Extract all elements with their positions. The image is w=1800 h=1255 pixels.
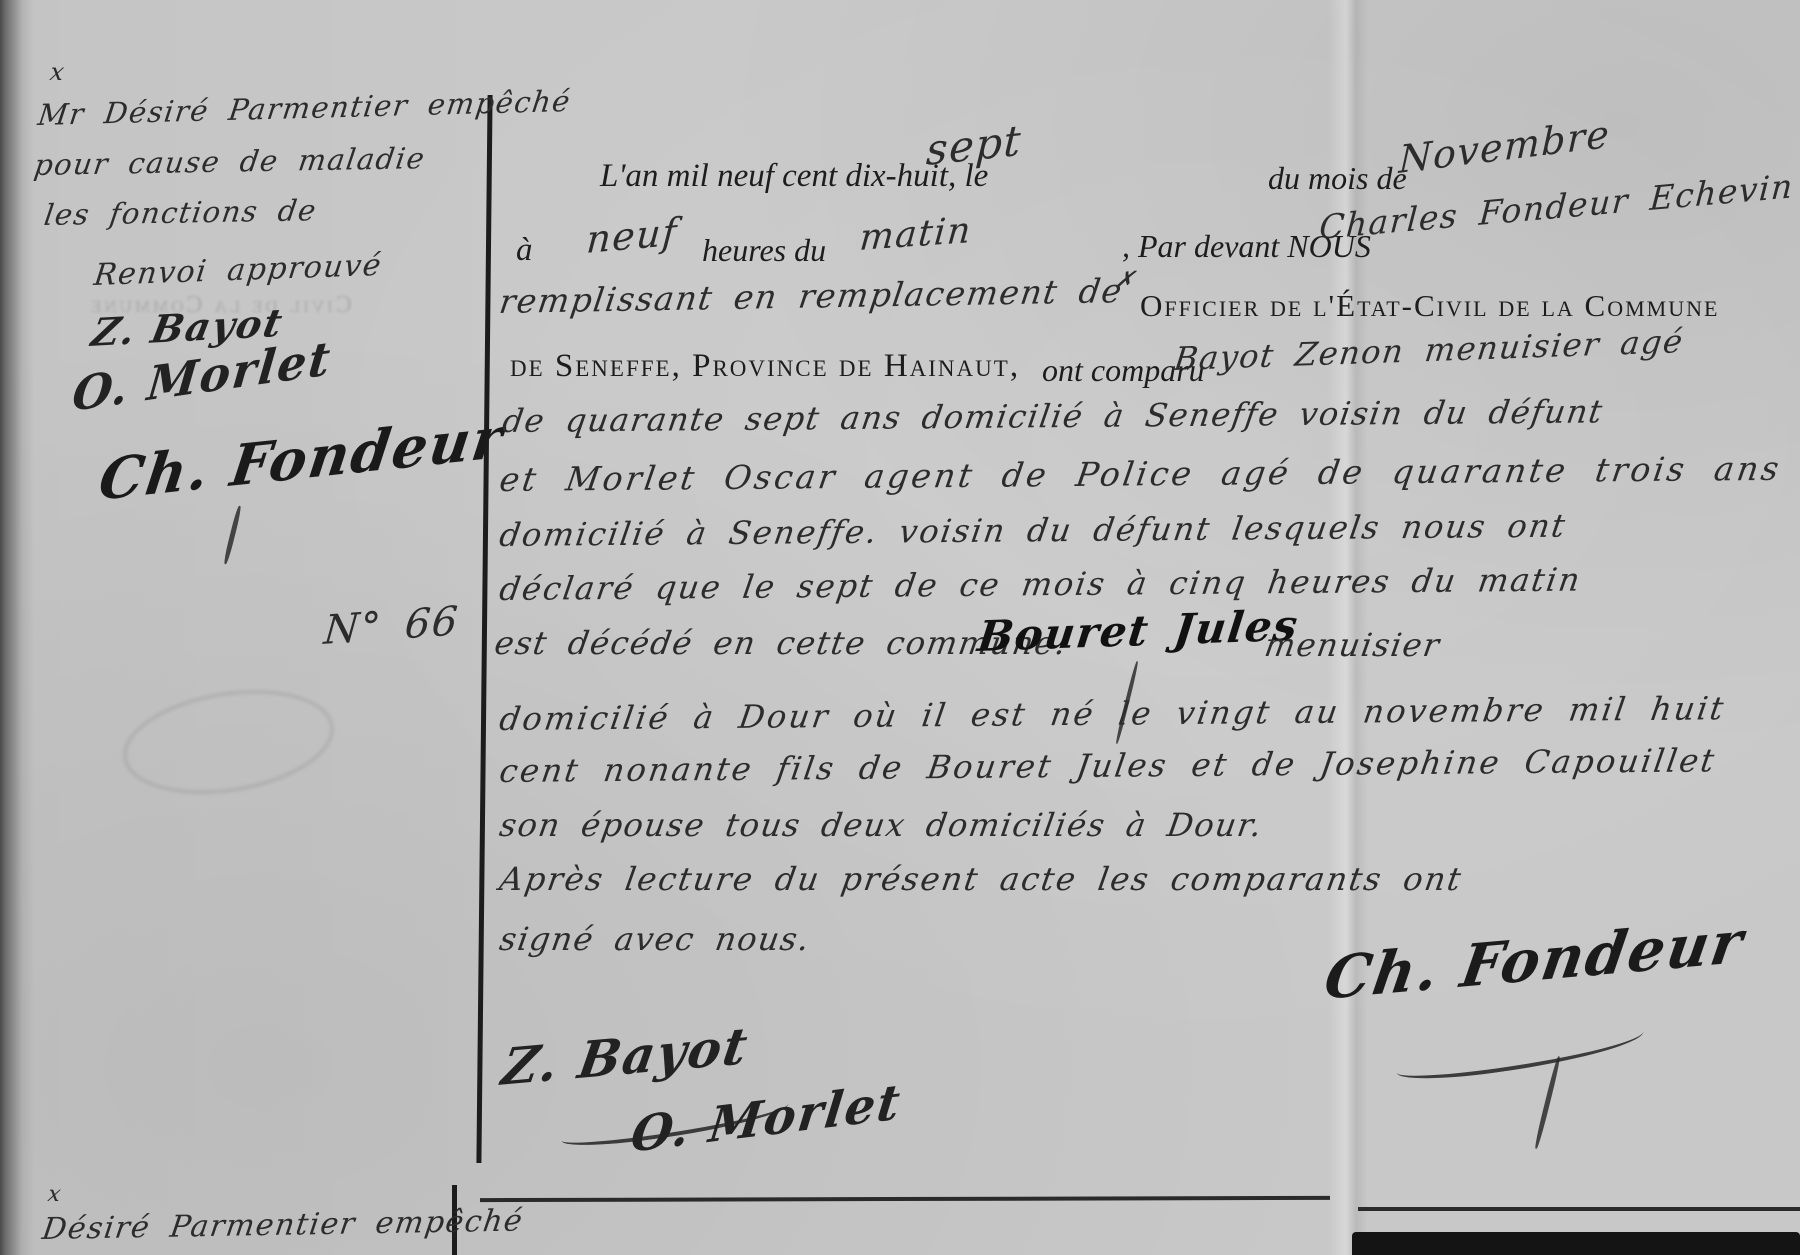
book-binding-edge bbox=[0, 0, 34, 1255]
body-line-7: son épouse tous deux domiciliés à Dour. bbox=[497, 806, 1266, 844]
margin-note-line-2: pour cause de maladie bbox=[32, 141, 428, 182]
printed-hour-suffix: heures du bbox=[702, 232, 826, 269]
closing-line-1: Après lecture du présent acte les compar… bbox=[497, 860, 1465, 898]
written-hour: neuf bbox=[585, 210, 679, 262]
body-line-3: domicilié à Seneffe. voisin du défunt le… bbox=[497, 507, 1569, 554]
signature-tail-stroke bbox=[1534, 1056, 1562, 1149]
body-line-2: et Morlet Oscar agent de Police agé de q… bbox=[497, 449, 1784, 499]
record-separator-rule-right bbox=[1358, 1207, 1800, 1211]
printed-commune-name: de Seneffe, Province de Hainaut, bbox=[510, 348, 1020, 385]
signature-officer-fondeur: Ch. Fondeur bbox=[1320, 907, 1749, 1013]
body-line-6: cent nonante fils de Bouret Jules et de … bbox=[497, 741, 1719, 790]
next-record-ink-block bbox=[1352, 1232, 1800, 1255]
written-witness-intro: Bayot Zenon menuisier agé bbox=[1172, 322, 1686, 378]
body-line-4: déclaré que le sept de ce mois à cinq he… bbox=[497, 561, 1584, 608]
signature-witness-morlet: O. Morlet bbox=[628, 1074, 905, 1164]
margin-approval-note: Renvoi approuvé bbox=[92, 248, 384, 293]
written-replacement-phrase: remplissant en remplacement de bbox=[497, 271, 1125, 321]
faint-oval-stamp bbox=[115, 676, 341, 808]
body-line-1: de quarante sept ans domicilié à Seneffe… bbox=[500, 392, 1606, 440]
deceased-line-after: menuisier bbox=[1262, 626, 1443, 664]
written-day: sept bbox=[925, 115, 1023, 175]
body-reference-mark: ✗ bbox=[1112, 266, 1138, 294]
printed-officer-title: Officier de l'État-Civil de la Commune bbox=[1140, 288, 1719, 324]
margin-signature-fondeur: Ch. Fondeur bbox=[95, 404, 508, 514]
signature-witness-bayot: Z. Bayot bbox=[498, 1015, 753, 1097]
written-month: Novembre bbox=[1398, 112, 1611, 182]
printed-hour-prefix: à bbox=[516, 232, 533, 269]
margin-reference-mark: x bbox=[48, 58, 67, 86]
deceased-name: Bouret Jules bbox=[975, 601, 1302, 661]
printed-month-phrase: du mois de bbox=[1268, 160, 1407, 197]
act-number: N° 66 bbox=[322, 598, 461, 654]
margin-divider-rule bbox=[476, 95, 492, 1163]
written-day-period: matin bbox=[858, 210, 974, 259]
margin-note-line-3: les fonctions de bbox=[42, 193, 319, 232]
next-record-reference-mark: x bbox=[46, 1182, 64, 1207]
signature-flourish-stroke bbox=[223, 505, 242, 564]
margin-note-line-1: Mr Désiré Parmentier empêché bbox=[36, 84, 573, 132]
record-separator-rule-left bbox=[480, 1196, 1330, 1202]
signature-underline-flourish bbox=[1394, 1018, 1646, 1086]
closing-line-2: signé avec nous. bbox=[497, 920, 813, 958]
death-record-page: Civil de la Commune x Mr Désiré Parmenti… bbox=[0, 0, 1800, 1255]
body-line-5: domicilié à Dour où il est né le vingt a… bbox=[497, 689, 1728, 738]
